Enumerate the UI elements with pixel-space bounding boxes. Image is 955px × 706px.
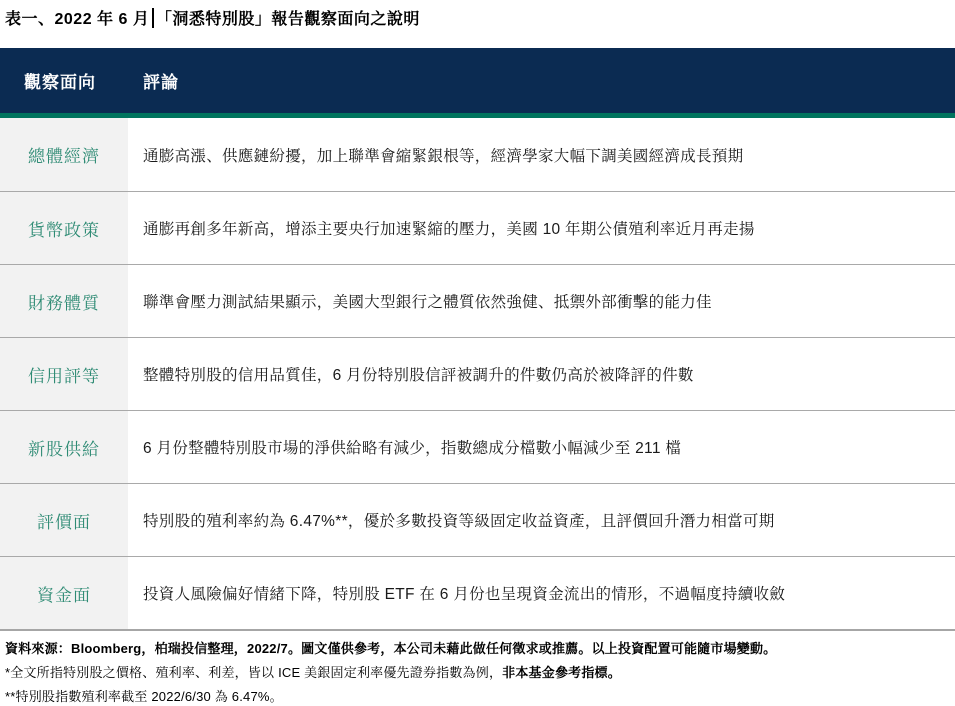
row-label: 資金面 — [0, 557, 128, 629]
footnote-asterisk-text: *全文所指特別股之價格、殖利率、利差，皆以 ICE 美銀固定利率優先證券指數為例… — [5, 665, 502, 680]
header-col-comment: 評論 — [128, 68, 179, 93]
row-comment: 通膨再創多年新高，增添主要央行加速緊縮的壓力，美國 10 年期公債殖利率近月再走… — [128, 192, 955, 264]
source-note: 資料來源：Bloomberg，柏瑞投信整理，2022/7。圖文僅供參考，本公司未… — [5, 639, 955, 658]
row-label: 評價面 — [0, 484, 128, 556]
text-cursor — [152, 8, 154, 28]
observation-table: 觀察面向 評論 總體經濟 通膨高漲、供應鏈紛擾，加上聯準會縮緊銀根等，經濟學家大… — [0, 48, 955, 631]
table-row: 財務體質 聯準會壓力測試結果顯示，美國大型銀行之體質依然強健、抵禦外部衝擊的能力… — [0, 264, 955, 337]
page-title: 表一、2022 年 6 月「洞悉特別股」報告觀察面向之說明 — [0, 0, 955, 48]
row-comment: 投資人風險偏好情緒下降，特別股 ETF 在 6 月份也呈現資金流出的情形，不過幅… — [128, 557, 955, 629]
title-part1: 表一、2022 年 6 月 — [5, 11, 149, 28]
row-label: 總體經濟 — [0, 118, 128, 191]
report-table-page: 表一、2022 年 6 月「洞悉特別股」報告觀察面向之說明 觀察面向 評論 總體… — [0, 0, 955, 706]
table-body: 總體經濟 通膨高漲、供應鏈紛擾，加上聯準會縮緊銀根等，經濟學家大幅下調美國經濟成… — [0, 118, 955, 631]
footnote-asterisk: *全文所指特別股之價格、殖利率、利差，皆以 ICE 美銀固定利率優先證券指數為例… — [5, 663, 955, 682]
footnote-double-asterisk: **特別股指數殖利率截至 2022/6/30 為 6.47%。 — [5, 687, 955, 706]
table-row: 資金面 投資人風險偏好情緒下降，特別股 ETF 在 6 月份也呈現資金流出的情形… — [0, 556, 955, 629]
footnotes: 資料來源：Bloomberg，柏瑞投信整理，2022/7。圖文僅供參考，本公司未… — [0, 631, 955, 706]
table-row: 總體經濟 通膨高漲、供應鏈紛擾，加上聯準會縮緊銀根等，經濟學家大幅下調美國經濟成… — [0, 118, 955, 191]
row-comment: 6 月份整體特別股市場的淨供給略有減少，指數總成分檔數小幅減少至 211 檔 — [128, 411, 955, 483]
row-label: 信用評等 — [0, 338, 128, 410]
row-label: 新股供給 — [0, 411, 128, 483]
table-row: 貨幣政策 通膨再創多年新高，增添主要央行加速緊縮的壓力，美國 10 年期公債殖利… — [0, 191, 955, 264]
row-label: 財務體質 — [0, 265, 128, 337]
title-part2: 「洞悉特別股」報告觀察面向之說明 — [156, 11, 420, 28]
table-row: 信用評等 整體特別股的信用品質佳，6 月份特別股信評被調升的件數仍高於被降評的件… — [0, 337, 955, 410]
row-comment: 特別股的殖利率約為 6.47%**，優於多數投資等級固定收益資產，且評價回升潛力… — [128, 484, 955, 556]
table-row: 評價面 特別股的殖利率約為 6.47%**，優於多數投資等級固定收益資產，且評價… — [0, 483, 955, 556]
table-header-row: 觀察面向 評論 — [0, 48, 955, 113]
row-comment: 聯準會壓力測試結果顯示，美國大型銀行之體質依然強健、抵禦外部衝擊的能力佳 — [128, 265, 955, 337]
table-row: 新股供給 6 月份整體特別股市場的淨供給略有減少，指數總成分檔數小幅減少至 21… — [0, 410, 955, 483]
row-comment: 通膨高漲、供應鏈紛擾，加上聯準會縮緊銀根等，經濟學家大幅下調美國經濟成長預期 — [128, 118, 955, 191]
row-comment: 整體特別股的信用品質佳，6 月份特別股信評被調升的件數仍高於被降評的件數 — [128, 338, 955, 410]
header-col-aspect: 觀察面向 — [0, 68, 128, 93]
row-label: 貨幣政策 — [0, 192, 128, 264]
footnote-asterisk-bold: 非本基金參考指標。 — [502, 665, 621, 680]
